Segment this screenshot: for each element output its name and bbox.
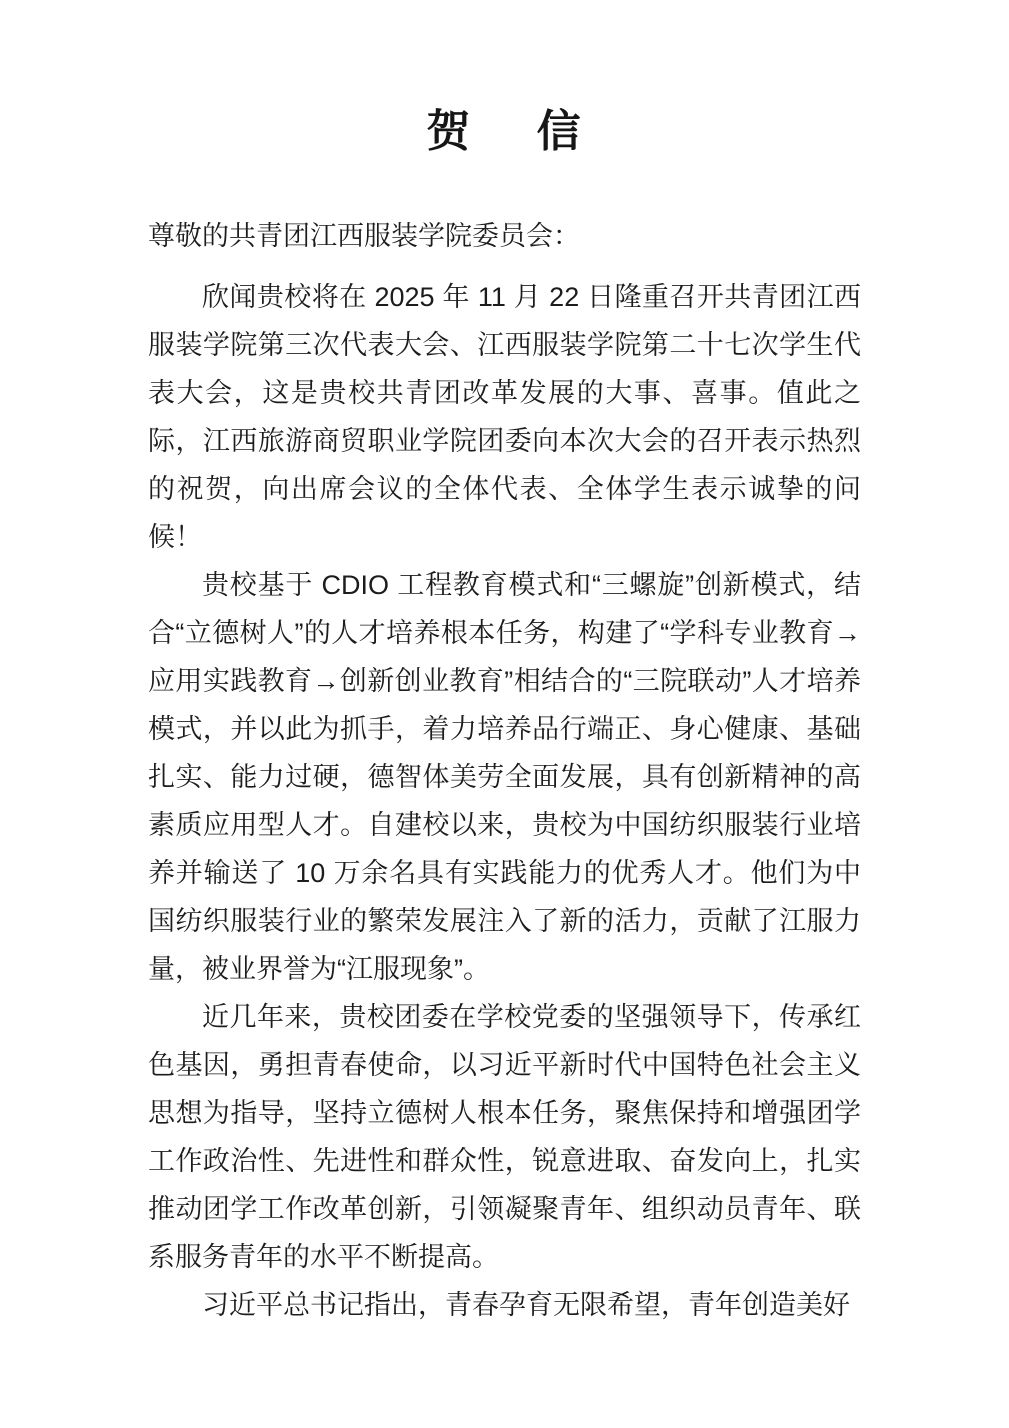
letter-paragraph-4: 习近平总书记指出，青春孕育无限希望，青年创造美好 [148, 1281, 861, 1329]
letter-paragraph-3: 近几年来，贵校团委在学校党委的坚强领导下，传承红色基因，勇担青春使命，以习近平新… [148, 993, 861, 1281]
letter-body: 尊敬的共青团江西服装学院委员会： 欣闻贵校将在 2025 年 11 月 22 日… [148, 212, 861, 1329]
letter-paragraph-2: 贵校基于 CDIO 工程教育模式和“三螺旋”创新模式，结合“立德树人”的人才培养… [148, 561, 861, 993]
letter-salutation: 尊敬的共青团江西服装学院委员会： [148, 212, 861, 260]
letter-title: 贺 信 [0, 0, 1009, 160]
letter-paragraph-1: 欣闻贵校将在 2025 年 11 月 22 日隆重召开共青团江西服装学院第三次代… [148, 273, 861, 561]
letter-page: 贺 信 尊敬的共青团江西服装学院委员会： 欣闻贵校将在 2025 年 11 月 … [0, 0, 1009, 1428]
